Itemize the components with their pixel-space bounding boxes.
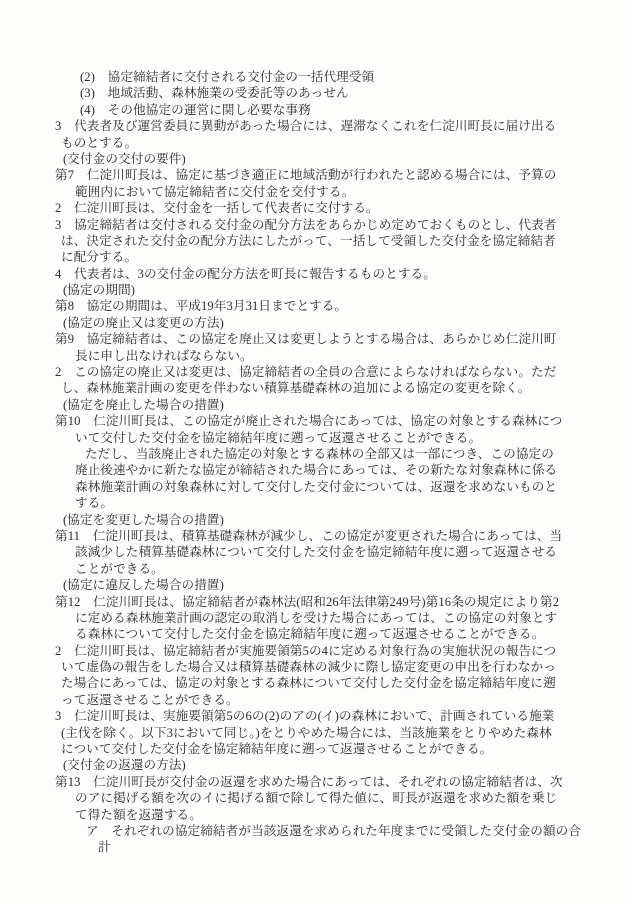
text-line: 第11 仁淀川町長は、積算基礎森林が減少し、この協定が変更された場合にあっては、… (55, 528, 606, 544)
text-line: に定める森林施業計画の認定の取消しを受けた場合にあっては、この協定の対象とす (55, 610, 606, 626)
text-line: 長に申し出なければならない。 (55, 348, 606, 364)
text-line: 3 代表者及び運営委員に異動があった場合には、遅滞なくこれを仁淀川町長に届け出る (55, 118, 606, 134)
text-line: 廃止後速やかに新たな協定が締結された場合にあっては、その新たな対象森林に係る (55, 462, 606, 478)
document-text-block: (2) 協定締結者に交付される交付金の一括代理受領(3) 地域活動、森林施業の受… (55, 69, 606, 856)
text-line: 第7 仁淀川町長は、協定に基づき適正に地域活動が行われたと認める場合には、予算の (55, 167, 606, 183)
text-line: 3 協定締結者は交付される交付金の配分方法をあらかじめ定めておくものとし、代表者 (55, 217, 606, 233)
text-line: (3) 地域活動、森林施業の受委託等のあっせん (55, 85, 606, 101)
text-line: 第12 仁淀川町長は、協定締結者が森林法(昭和26年法律第249号)第16条の規… (55, 594, 606, 610)
text-line: し、森林施業計画の変更を伴わない積算基礎森林の追加による協定の変更を除く。 (55, 380, 606, 396)
text-line: (協定を廃止した場合の措置) (55, 397, 606, 413)
text-line: 範囲内において協定締結者に交付金を交付する。 (55, 184, 606, 200)
text-line: のアに掲げる額を次のイに掲げる額で除して得た値に、町長が返還を求めた額を乗じ (55, 790, 606, 806)
text-line: (4) その他協定の運営に関し必要な事務 (55, 102, 606, 118)
text-line: (交付金の返還の方法) (55, 757, 606, 773)
text-line: る森林について交付した交付金を協定締結年度に遡って返還させることができる。 (55, 626, 606, 642)
text-line: について交付した交付金を協定締結年度に遡って返還させることができる。 (55, 741, 606, 757)
text-line: た場合にあっては、協定の対象とする森林について交付した交付金を協定締結年度に遡 (55, 675, 606, 691)
text-line: (協定を変更した場合の措置) (55, 512, 606, 528)
text-line: いて交付した交付金を協定締結年度に遡って返還させることができる。 (55, 430, 606, 446)
text-line: いて虚偽の報告をした場合又は積算基礎森林の減少に際し協定変更の申出を行わなかっ (55, 659, 606, 675)
text-line: は、決定された交付金の配分方法にしたがって、一括して受領した交付金を協定締結者 (55, 233, 606, 249)
text-line: 4 代表者は、3の交付金の配分方法を町長に報告するものとする。 (55, 266, 606, 282)
text-line: 該減少した積算基礎森林について交付した交付金を協定締結年度に遡って返還させる (55, 544, 606, 560)
text-line: する。 (55, 495, 606, 511)
text-line: (交付金の交付の要件) (55, 151, 606, 167)
text-line: 2 この協定の廃止又は変更は、協定締結者の全員の合意によらなければならない。ただ (55, 364, 606, 380)
text-line: (主伐を除く。以下3において同じ。)をとりやめた場合には、当該施業をとりやめた森… (55, 725, 606, 741)
text-line: 第10 仁淀川町長は、この協定が廃止された場合にあっては、協定の対象とする森林に… (55, 413, 606, 429)
text-line: 2 仁淀川町長は、交付金を一括して代表者に交付する。 (55, 200, 606, 216)
text-line: 3 仁淀川町長は、実施要領第5の6の(2)のアの(イ)の森林において、計画されて… (55, 708, 606, 724)
text-line: 2 仁淀川町長は、協定締結者が実施要領第5の4に定める対象行為の実施状況の報告に… (55, 643, 606, 659)
text-line: 第9 協定締結者は、この協定を廃止又は変更しようとする場合は、あらかじめ仁淀川町 (55, 331, 606, 347)
text-line: ア それぞれの協定締結者が当該返還を求められた年度までに受領した交付金の額の合 (55, 823, 606, 839)
text-line: ただし、当該廃止された協定の対象とする森林の全部又は一部につき、この協定の (55, 446, 606, 462)
text-line: (協定に違反した場合の措置) (55, 577, 606, 593)
text-line: に配分する。 (55, 249, 606, 265)
text-line: 計 (55, 839, 606, 855)
text-line: (協定の期間) (55, 282, 606, 298)
text-line: 森林施業計画の対象森林に対して交付した交付金については、返還を求めないものと (55, 479, 606, 495)
text-line: (2) 協定締結者に交付される交付金の一括代理受領 (55, 69, 606, 85)
text-line: 第8 協定の期間は、平成19年3月31日までとする。 (55, 298, 606, 314)
text-line: 第13 仁淀川町長が交付金の返還を求めた場合にあっては、それぞれの協定締結者は、… (55, 774, 606, 790)
scanned-document-page: (2) 協定締結者に交付される交付金の一括代理受領(3) 地域活動、森林施業の受… (0, 0, 630, 903)
text-line: ものとする。 (55, 135, 606, 151)
text-line: (協定の廃止又は変更の方法) (55, 315, 606, 331)
text-line: って返還させることができる。 (55, 692, 606, 708)
text-line: て得た額を返還する。 (55, 807, 606, 823)
text-line: ことができる。 (55, 561, 606, 577)
